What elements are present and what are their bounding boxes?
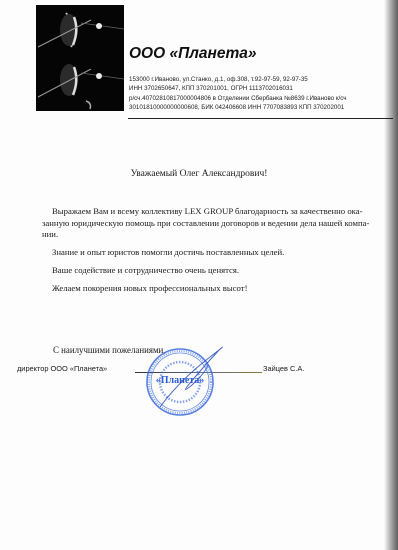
company-requisites: 153000 г.Иваново, ул.Станко, д.1, оф.308… [129,75,394,113]
paragraph-line: нии. [42,229,394,241]
salutation: Уважаемый Олег Александрович! [0,169,398,179]
signatory-name: Зайцев С.А. [263,364,304,373]
planets-logo-image [36,5,124,111]
planet-icon [38,13,124,47]
signature-scribble [150,335,240,415]
signatory-title: директор ООО «Планета» [17,364,107,373]
paragraph-gratitude: Выражаем Вам и всему коллективу LEX GROU… [52,206,394,241]
header-divider [128,118,393,119]
requisites-inn: ИНН 3702650647, КПП 370201001, ОГРН 1113… [129,84,394,93]
paragraph-wishes: Желаем покорения новых профессиональных … [52,283,247,293]
paragraph-cooperation: Ваше содействие и сотрудничество очень ц… [52,265,239,275]
planet-icon [38,64,124,109]
requisites-bank: 30101810000000000608, БИК 042406608 ИНН … [129,103,394,112]
paragraph-line: Выражаем Вам и всему коллективу LEX GROU… [52,206,394,218]
paragraph-knowledge: Знание и опыт юристов помогли достичь по… [52,247,284,257]
company-name: ООО «Планета» [129,45,257,63]
paragraph-line: занную юридическую помощь при составлени… [42,218,394,230]
requisites-account: р/сч.40702810817000004806 в Отделении Сб… [129,94,394,103]
requisites-address: 153000 г.Иваново, ул.Станко, д.1, оф.308… [129,75,394,84]
